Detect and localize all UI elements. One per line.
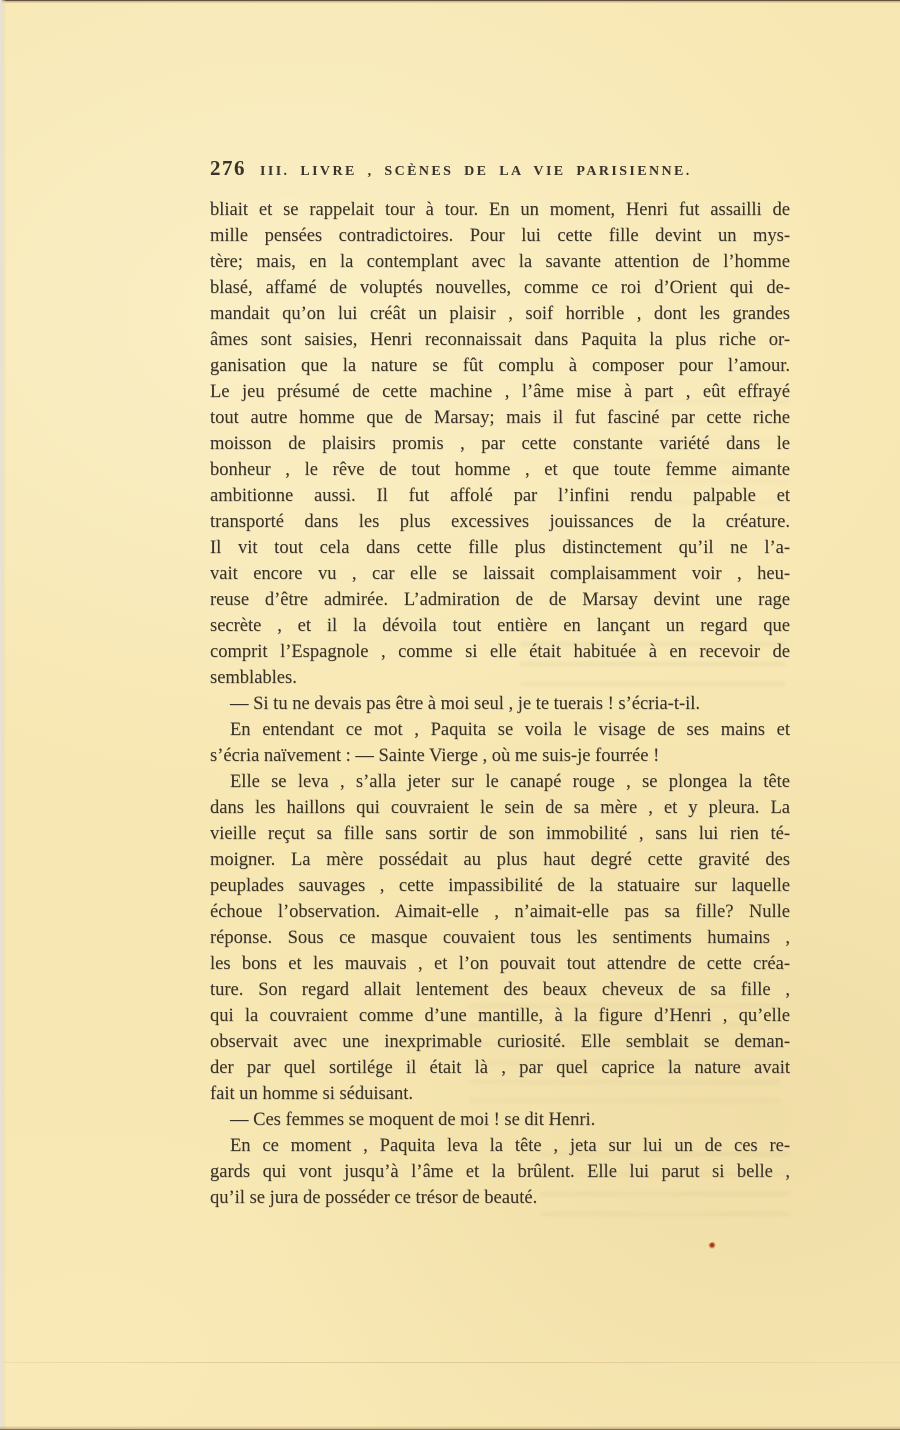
text-line: dans les haillons qui couvraient le sein…: [210, 795, 790, 821]
text-line: — Ces femmes se moquent de moi ! se dit …: [210, 1107, 790, 1133]
text-line: qu’il se jura de posséder ce trésor de b…: [210, 1185, 790, 1211]
text-line: peuplades sauvages , cette impassibilité…: [210, 873, 790, 899]
text-line: En ce moment , Paquita leva la tête , je…: [210, 1133, 790, 1159]
page-number: 276: [210, 156, 246, 181]
scan-left-edge: [0, 0, 6, 1430]
text-line: En entendant ce mot , Paquita se voila l…: [210, 717, 790, 743]
scan-top-edge: [0, 0, 900, 3]
text-line: observait avec une inexprimable curiosit…: [210, 1029, 790, 1055]
text-line: réponse. Sous ce masque couvaient tous l…: [210, 925, 790, 951]
text-line: mandait qu’on lui créât un plaisir , soi…: [210, 301, 790, 327]
text-line: reuse d’être admirée. L’admiration de de…: [210, 587, 790, 613]
book-page-scan: 276 III. LIVRE , SCÈNES DE LA VIE PARISI…: [0, 0, 900, 1430]
text-line: mille pensées contradictoires. Pour lui …: [210, 223, 790, 249]
running-title: III. LIVRE , SCÈNES DE LA VIE PARISIENNE…: [260, 164, 692, 180]
text-line: secrète , et il la dévoila tout entière …: [210, 613, 790, 639]
text-line: gards qui vont jusqu’à l’âme et la brûle…: [210, 1159, 790, 1185]
text-line: s’écria naïvement : — Sainte Vierge , où…: [210, 743, 790, 769]
text-line: ture. Son regard allait lentement des be…: [210, 977, 790, 1003]
text-line: blasé, affamé de voluptés nouvelles, com…: [210, 275, 790, 301]
text-line: vait encore vu , car elle se laissait co…: [210, 561, 790, 587]
text-line: transporté dans les plus excessives joui…: [210, 509, 790, 535]
text-line: tout autre homme que de Marsay; mais il …: [210, 405, 790, 431]
text-line: âmes sont saisies, Henri reconnaissait d…: [210, 327, 790, 353]
text-line: bonheur , le rêve de tout homme , et que…: [210, 457, 790, 483]
red-ink-speck: [707, 1240, 719, 1251]
page-crease: [0, 1362, 900, 1363]
page-header: 276 III. LIVRE , SCÈNES DE LA VIE PARISI…: [210, 156, 790, 181]
text-line: ambitionne aussi. Il fut affolé par l’in…: [210, 483, 790, 509]
body-text: bliait et se rappelait tour à tour. En u…: [210, 197, 790, 1211]
text-line: Elle se leva , s’alla jeter sur le canap…: [210, 769, 790, 795]
text-line: les bons et les mauvais , et l’on pouvai…: [210, 951, 790, 977]
text-line: ganisation que la nature se fût complu à…: [210, 353, 790, 379]
text-line: moigner. La mère possédait au plus haut …: [210, 847, 790, 873]
text-line: tère; mais, en la contemplant avec la sa…: [210, 249, 790, 275]
text-line: comprit l’Espagnole , comme si elle étai…: [210, 639, 790, 665]
text-line: vieille reçut sa fille sans sortir de so…: [210, 821, 790, 847]
text-line: bliait et se rappelait tour à tour. En u…: [210, 197, 790, 223]
text-line: échoue l’observation. Aimait-elle , n’ai…: [210, 899, 790, 925]
text-line: fait un homme si séduisant.: [210, 1081, 790, 1107]
text-line: Il vit tout cela dans cette fille plus d…: [210, 535, 790, 561]
text-line: Le jeu présumé de cette machine , l’âme …: [210, 379, 790, 405]
scan-bottom-edge: [0, 1426, 900, 1430]
text-line: — Si tu ne devais pas être à moi seul , …: [210, 691, 790, 717]
text-line: moisson de plaisirs promis , par cette c…: [210, 431, 790, 457]
text-line: qui la couvraient comme d’une mantille, …: [210, 1003, 790, 1029]
text-line: semblables.: [210, 665, 790, 691]
text-line: der par quel sortilége il était là , par…: [210, 1055, 790, 1081]
